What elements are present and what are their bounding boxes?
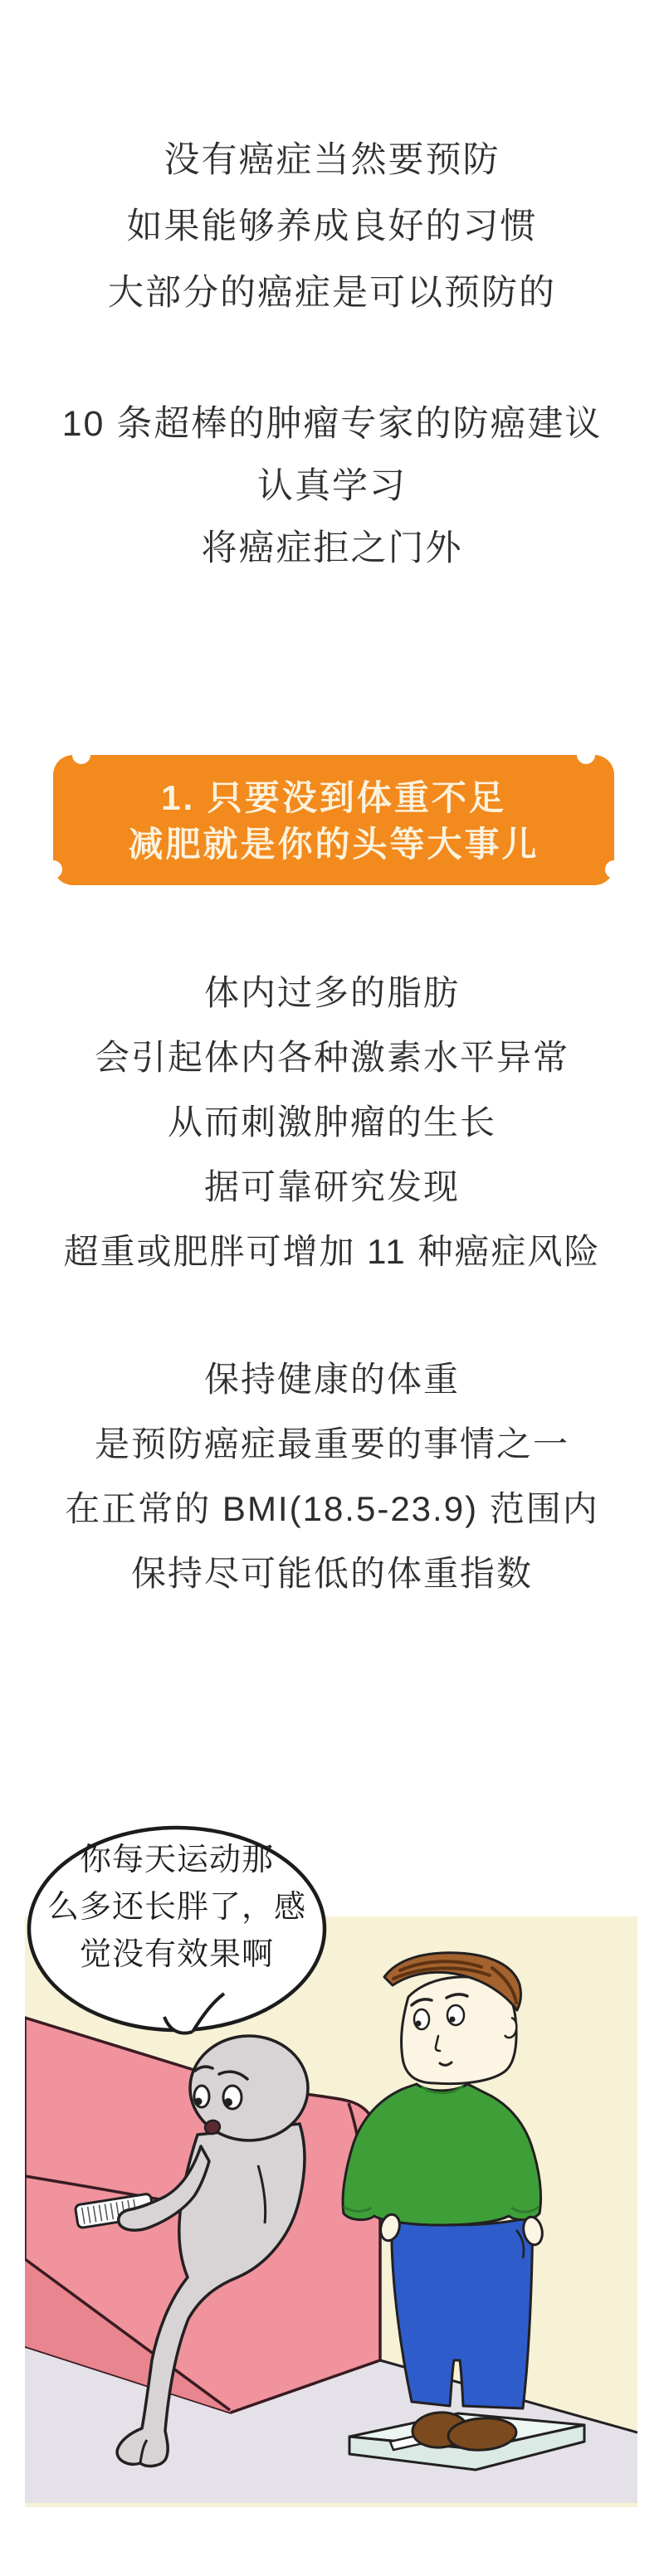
text-line: 从而刺激肿瘤的生长	[0, 1090, 664, 1155]
banner-notch	[605, 860, 623, 879]
blob-pupil-right	[224, 2098, 232, 2106]
speech-bubble-text-line: 么多还长胖了，感	[47, 1890, 306, 1925]
text-line: 体内过多的脂肪	[0, 961, 664, 1025]
text-line: 认真学习	[0, 455, 664, 518]
banner-notch	[577, 746, 595, 764]
speech-bubble-text-line: 觉没有效果啊	[80, 1937, 274, 1972]
man-pupil-left	[416, 2021, 422, 2027]
intro-paragraph-2: 10 条超棒的肿瘤专家的防癌建议 认真学习 将癌症拒之门外	[0, 393, 664, 580]
body-paragraph-1: 体内过多的脂肪 会引起体内各种激素水平异常 从而刺激肿瘤的生长 据可靠研究发现 …	[0, 961, 664, 1284]
speech-bubble-text-line: 你每天运动那	[80, 1843, 274, 1877]
text-line: 保持尽可能低的体重指数	[0, 1541, 664, 1606]
text-line: 保持健康的体重	[0, 1347, 664, 1412]
man-jeans	[392, 2217, 533, 2408]
banner-title-line: 1. 只要没到体重不足	[53, 775, 614, 821]
banner-notch	[44, 860, 62, 879]
text-line: 是预防癌症最重要的事情之一	[0, 1412, 664, 1477]
text-line: 大部分的癌症是可以预防的	[0, 260, 664, 326]
text-line: 超重或肥胖可增加 11 种癌症风险	[0, 1220, 664, 1284]
man-eye-left	[414, 2009, 429, 2029]
man-pupil-right	[450, 2017, 456, 2023]
banner-title-line: 减肥就是你的头等大事儿	[53, 821, 614, 868]
man-eye-right	[447, 2005, 464, 2025]
body-paragraph-2: 保持健康的体重 是预防癌症最重要的事情之一 在正常的 BMI(18.5-23.9…	[0, 1347, 664, 1606]
cartoon-illustration: 你每天运动那 么多还长胖了，感 觉没有效果啊	[25, 1742, 637, 2507]
text-line: 在正常的 BMI(18.5-23.9) 范围内	[0, 1477, 664, 1541]
text-line: 没有癌症当然要预防	[0, 127, 664, 193]
text-line: 10 条超棒的肿瘤专家的防癌建议	[0, 393, 664, 455]
intro-paragraph-1: 没有癌症当然要预防 如果能够养成良好的习惯 大部分的癌症是可以预防的	[0, 127, 664, 326]
text-line: 将癌症拒之门外	[0, 518, 664, 580]
banner-notch	[72, 746, 90, 764]
blob-pupil-left	[195, 2098, 203, 2106]
text-line: 据可靠研究发现	[0, 1155, 664, 1220]
section-banner: 1. 只要没到体重不足 减肥就是你的头等大事儿	[53, 755, 614, 885]
text-line: 如果能够养成良好的习惯	[0, 193, 664, 260]
text-line: 会引起体内各种激素水平异常	[0, 1025, 664, 1090]
